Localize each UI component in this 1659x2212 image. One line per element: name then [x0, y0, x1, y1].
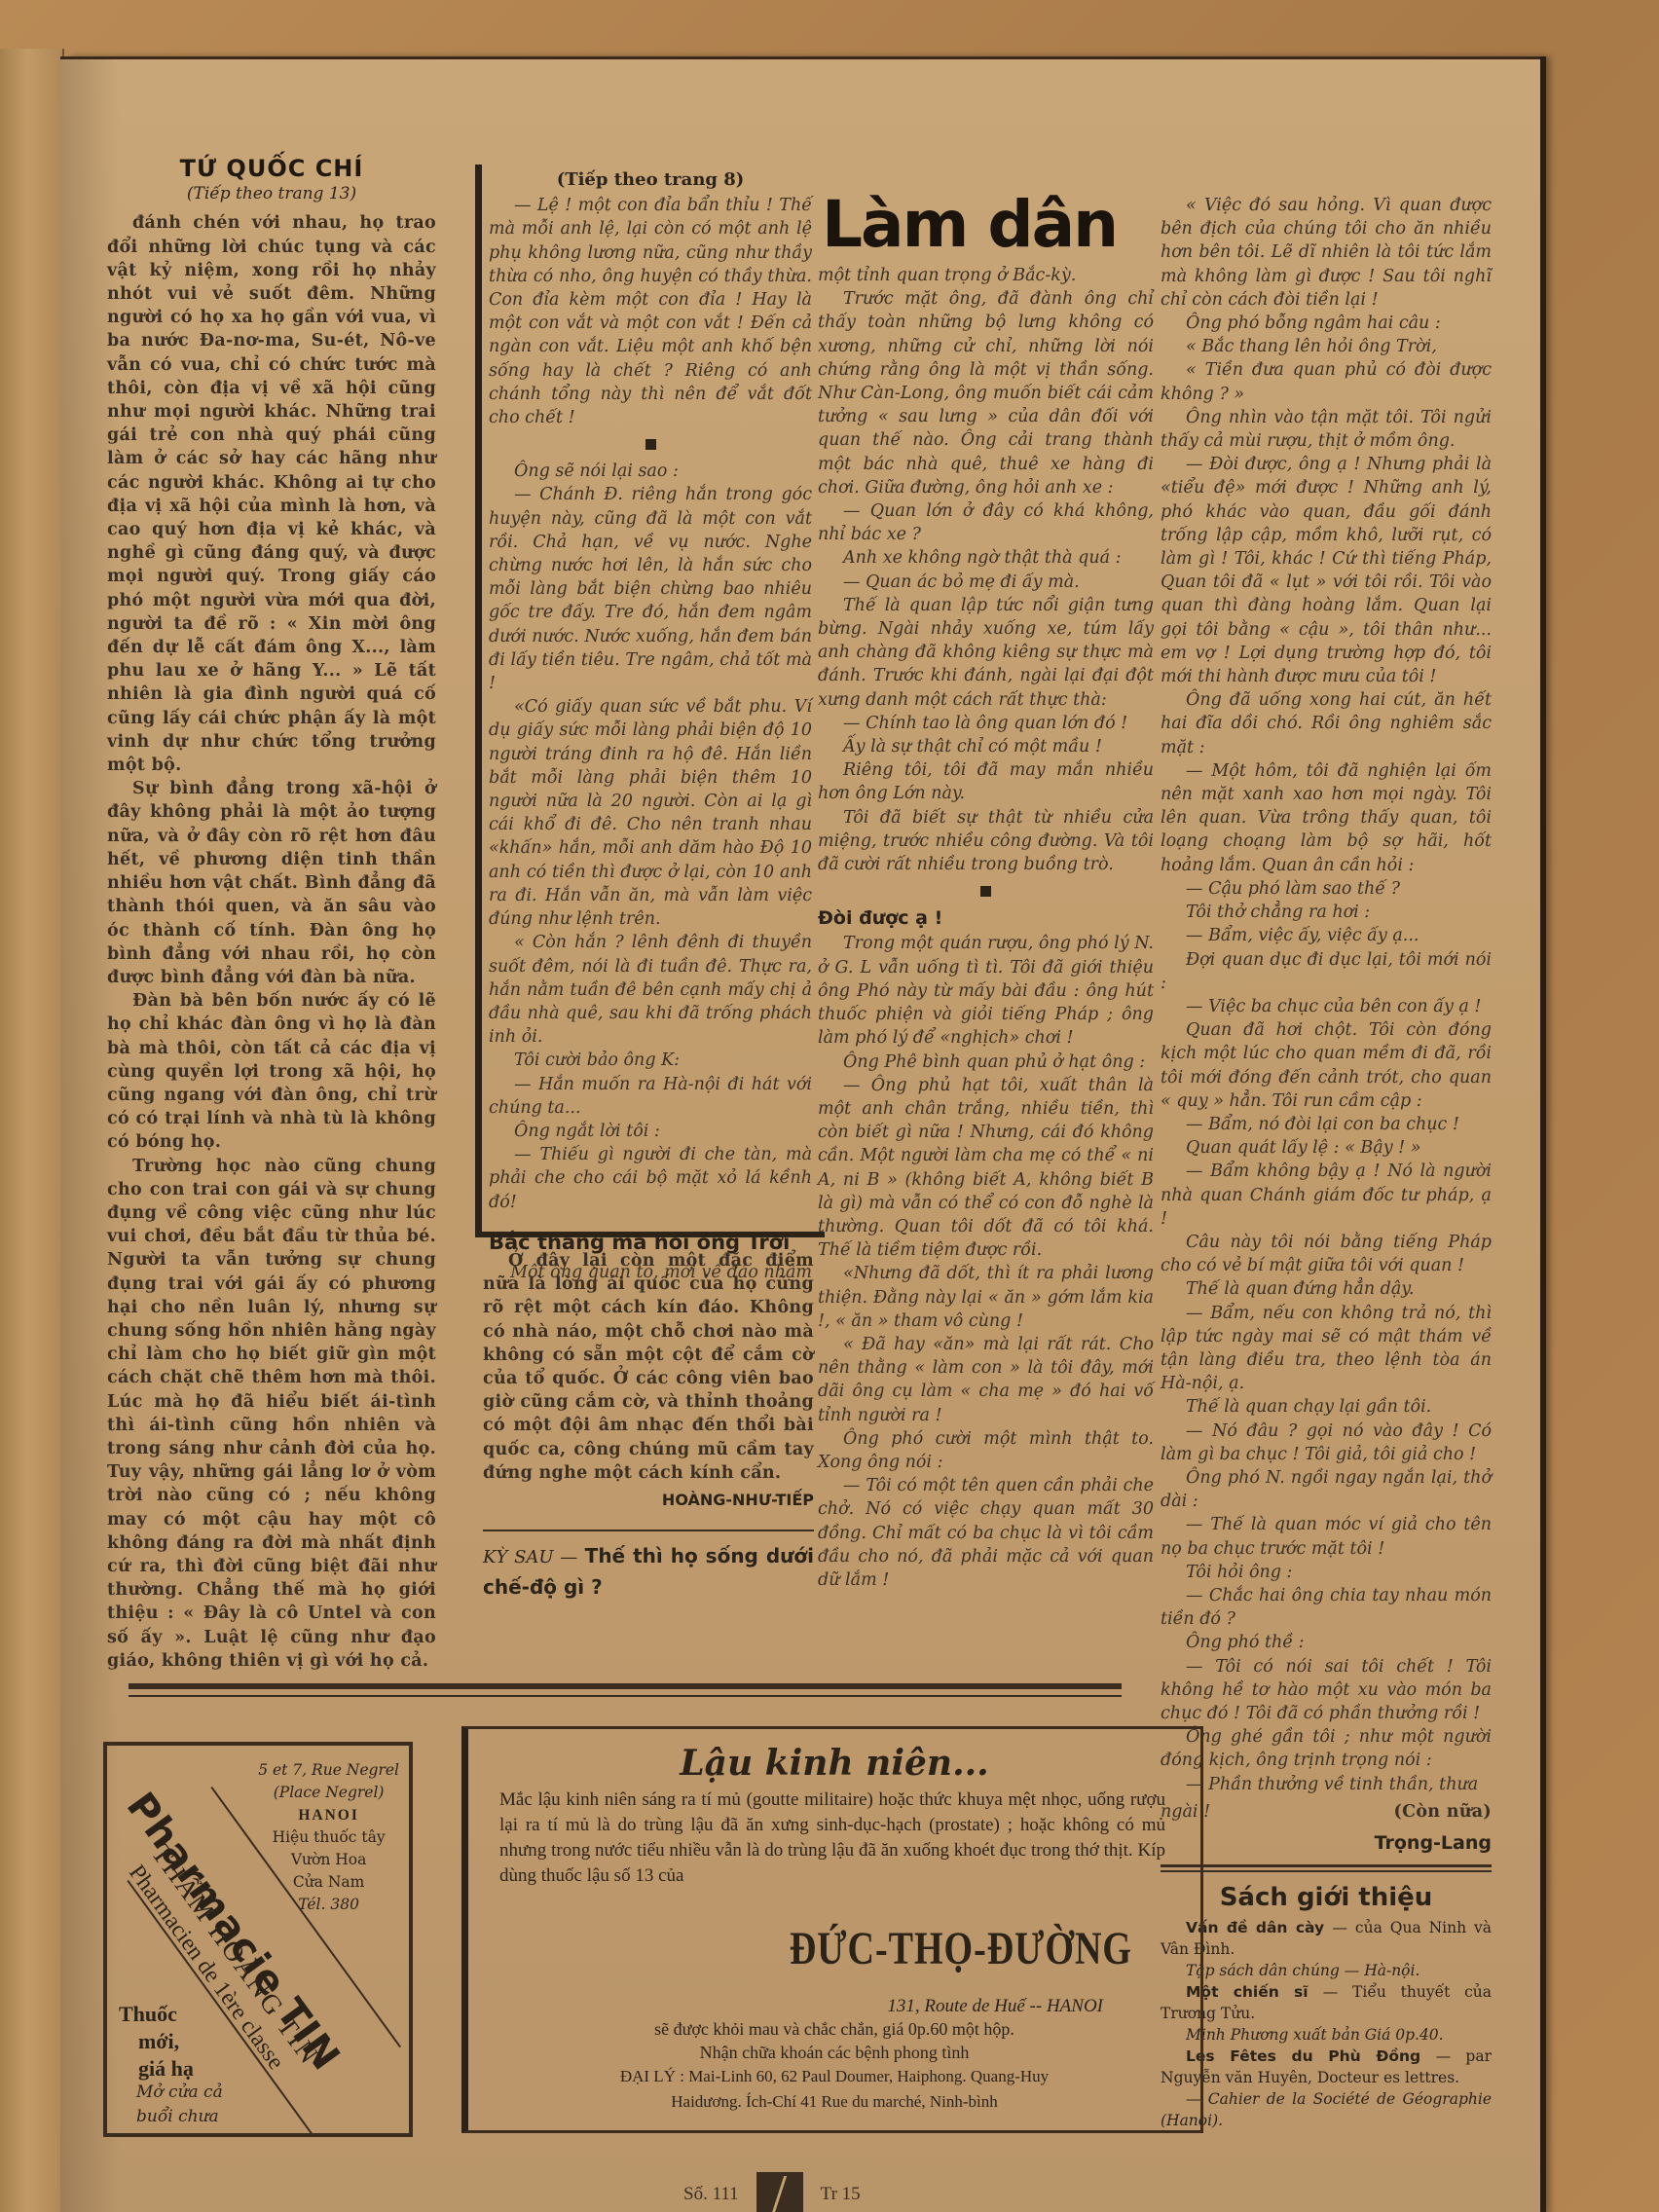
paragraph: — Lệ ! một con đỉa bẩn thỉu ! Thế mà mỗi… [489, 194, 812, 429]
book-item: Một chiến sĩ — Tiểu thuyết của Trương Tử… [1161, 1981, 1492, 2024]
paragraph: — Bẩm, việc ấy, việc ấy ạ... [1161, 924, 1492, 947]
ad-title: Lậu kinh niên... [468, 1743, 1200, 1784]
article-body: Ông sẽ nói lại sao :— Chánh Đ. riêng hắn… [489, 460, 812, 1214]
paragraph: Tôi hỏi ông : [1161, 1561, 1492, 1584]
book-item: Les Fêtes du Phù Đồng — par Nguyễn văn H… [1161, 2046, 1492, 2088]
section-rule [129, 1683, 1122, 1689]
paragraph: « Bắc thang lên hỏi ông Trời, [1161, 335, 1492, 358]
paragraph: — Bẩm không bậy ạ ! Nó là người nhà quan… [1161, 1160, 1492, 1231]
paragraph: Ông phó bỗng ngâm hai câu : [1161, 312, 1492, 335]
paragraph: Tôi đã biết sự thật từ nhiều cửa miệng, … [818, 806, 1154, 877]
paragraph: « Còn hắn ? lênh đênh đi thuyền suốt đêm… [489, 931, 812, 1049]
newspaper-monogram-icon [756, 2172, 803, 2212]
paragraph: — Chắc hai ông chia tay nhau món tiền đó… [1161, 1584, 1492, 1631]
continued-note: (Tiếp theo trang 13) [107, 182, 436, 205]
section-title: Đòi được ạ ! [818, 906, 1154, 930]
issue-number: Số. 111 [683, 2184, 739, 2205]
paragraph: Ông phó N. ngồi ngay ngắn lại, thở dài : [1161, 1466, 1492, 1513]
paragraph: «Có giấy quan sức về bắt phu. Ví dụ giấy… [489, 695, 812, 931]
page-footer: Số. 111 Tr 15 [683, 2172, 861, 2212]
paragraph: Trong một quán rượu, ông phó lý N. ở G. … [818, 932, 1154, 1050]
book-item: Vấn đề dân cày — của Qua Ninh và Vân Đìn… [1161, 1917, 1492, 1960]
paragraph: Thế là quan chạy lại gần tôi. [1161, 1395, 1492, 1419]
author-signature: HOÀNG-NHƯ-TIẾP [483, 1489, 814, 1512]
paragraph: Tôi cười bảo ông K: [489, 1049, 812, 1072]
paragraph: Ấy là sự thật chỉ có một mầu ! [818, 735, 1154, 758]
ad-price: sẽ được khỏi mau và chắc chắn, giá 0p.60… [468, 2017, 1200, 2041]
paragraph: Riêng tôi, tôi đã may mắn nhiều hơn ông … [818, 758, 1154, 805]
books-title: Sách giới thiệu [1161, 1886, 1492, 1909]
column-lam-dan-part2: Làm dân một tỉnh quan trọng ở Bắc-kỳ. Tr… [818, 186, 1154, 1592]
book-item: Minh Phương xuất bản Giá 0p.40. [1161, 2024, 1492, 2046]
paragraph: — Quan ác bỏ mẹ đi ấy mà. [818, 571, 1154, 594]
double-divider [1161, 1864, 1492, 1872]
paragraph: Ông ghé gần tôi ; như một người đóng kịc… [1161, 1725, 1492, 1772]
column-lam-dan-part3: « Việc đó sau hỏng. Vì quan được bên địc… [1161, 194, 1492, 2131]
paragraph: — Phần thưởng về tinh thần, thưa [1161, 1773, 1492, 1796]
ad-address: 131, Route de Huế -- HANOI [468, 1996, 1200, 2017]
paragraph: — Quan lớn ở đây có khá không, nhỉ bác x… [818, 499, 1154, 546]
paragraph: Trước mặt ông, đã đành ông chỉ thấy toàn… [818, 287, 1154, 499]
ad-pharmacie-tin: Pharmacie TIN THẨM HOÀNG TÍN Pharmacien … [103, 1742, 413, 2137]
continued-note: (Tiếp theo trang 8) [489, 168, 812, 192]
paragraph: Trường học nào cũng chung cho con trai c… [107, 1155, 436, 1673]
paragraph: Ông phó cười một mình thật to. Xong ông … [818, 1427, 1154, 1474]
page-number: Tr 15 [821, 2184, 861, 2205]
paragraph: Ông đã uống xong hai cút, ăn hết hai đĩa… [1161, 688, 1492, 759]
article-title: TỨ QUỐC CHÍ [107, 157, 436, 180]
column-tu-quoc-chi-part2: Ở đây lại còn một đặc điểm nữa là lòng á… [483, 1249, 814, 1602]
author-signature: Trọng-Lang [1375, 1831, 1492, 1855]
paragraph: Sự bình đẳng trong xã-hội ở đây không ph… [107, 777, 436, 989]
section-rule-thin [129, 1695, 1122, 1697]
paragraph: Ông nhìn vào tận mặt tôi. Tôi ngửi thấy … [1161, 406, 1492, 453]
paragraph: Quan đã hơi chột. Tôi còn đóng kịch một … [1161, 1018, 1492, 1113]
paragraph: — Tôi có nói sai tôi chết ! Tôi không hề… [1161, 1655, 1492, 1726]
book-left-edge [0, 49, 64, 2212]
article-body: Trong một quán rượu, ông phó lý N. ở G. … [818, 932, 1154, 1592]
paragraph: — Chính tao là ông quan lớn đó ! [818, 712, 1154, 735]
book-item: Tập sách dân chúng — Hà-nội. [1161, 1960, 1492, 1981]
paragraph: — Đòi được, ông ạ ! Nhưng phải là «tiểu … [1161, 453, 1492, 688]
paragraph: « Việc đó sau hỏng. Vì quan được bên địc… [1161, 194, 1492, 312]
article-body: đánh chén với nhau, họ trao đổi những lờ… [107, 211, 436, 1673]
paragraph: Thế là quan đứng hẳn dậy. [1161, 1277, 1492, 1301]
paragraph: Tôi thở chẳng ra hơi : [1161, 901, 1492, 924]
ad-address: 5 et 7, Rue Negrel (Place Negrel) HANOI … [258, 1759, 399, 1916]
newspaper-page: TỨ QUỐC CHÍ (Tiếp theo trang 13) đánh ch… [60, 56, 1540, 2212]
article-title: Làm dân [822, 186, 1154, 264]
divider [483, 1530, 814, 1531]
paragraph: « Đã hay «ăn» mà lại rất rát. Cho nên th… [818, 1333, 1154, 1427]
paragraph: Câu này tôi nói bằng tiếng Pháp cho có v… [1161, 1231, 1492, 1277]
book-item: — Cahier de la Société de Géographie (Ha… [1161, 2088, 1492, 2131]
paragraph: — Thiếu gì người đi che tàn, mà phải che… [489, 1143, 812, 1214]
paragraph: — Chánh Đ. riêng hắn trong góc huyện này… [489, 483, 812, 695]
paragraph: đánh chén với nhau, họ trao đổi những lờ… [107, 211, 436, 777]
paragraph: — Bẩm, nó đòi lại con ba chục ! [1161, 1113, 1492, 1136]
book-recommendations: Sách giới thiệu Vấn đề dân cày — của Qua… [1161, 1886, 1492, 2131]
section-separator-icon [980, 886, 991, 897]
next-issue-teaser: KỲ SAU — Thế thì họ sống dưới chế-độ gì … [483, 1541, 814, 1602]
paragraph: Ở đây lại còn một đặc điểm nữa là lòng á… [483, 1249, 814, 1485]
paragraph: Quan quát lấy lệ : « Bậy ! » [1161, 1136, 1492, 1160]
paragraph: Đợi quan dục đi dục lại, tôi mới nói : [1161, 948, 1492, 995]
paragraph: — Hắn muốn ra Hà-nội đi hát với chúng ta… [489, 1073, 812, 1120]
ad-body: Mắc lậu kinh niên sáng ra tí mủ (goutte … [468, 1784, 1200, 1889]
paragraph: Đàn bà bên bốn nước ấy có lẽ họ chỉ khác… [107, 989, 436, 1154]
article-body: Ở đây lại còn một đặc điểm nữa là lòng á… [483, 1249, 814, 1485]
paragraph: — Ông phủ hạt tôi, xuất thân là một anh … [818, 1074, 1154, 1263]
paragraph: — Thế là quan móc ví giả cho tên nọ ba c… [1161, 1513, 1492, 1560]
paragraph: Thế là quan lập tức nổi giận tưng bừng. … [818, 594, 1154, 712]
ad-hours: Mở cửa cả buổi chưa [136, 2081, 223, 2129]
paragraph: Anh xe không ngờ thật thà quá : [818, 546, 1154, 570]
ad-slogan: Thuốc mới, giá hạ [119, 2001, 194, 2083]
article-body: — Lệ ! một con đỉa bẩn thỉu ! Thế mà mỗi… [489, 194, 812, 429]
paragraph: Ông ngắt lời tôi : [489, 1120, 812, 1143]
lead-line: một tỉnh quan trọng ở Bắc-kỳ. [818, 264, 1154, 287]
paragraph: — Việc ba chục của bên con ấy ạ ! [1161, 995, 1492, 1018]
article-body: Trước mặt ông, đã đành ông chỉ thấy toàn… [818, 287, 1154, 876]
paragraph: Ông Phê bình quan phủ ở hạt ông : [818, 1051, 1154, 1074]
paragraph: — Tôi có một tên quen cần phải che chở. … [818, 1474, 1154, 1592]
paragraph: — Bẩm, nếu con không trả nó, thì lập tức… [1161, 1302, 1492, 1396]
paragraph: « Tiền đưa quan phủ có đòi được không ? … [1161, 358, 1492, 405]
section-separator-icon [645, 439, 656, 450]
paragraph: — Nó đâu ? gọi nó vào đây ! Có làm gì ba… [1161, 1419, 1492, 1466]
paragraph: «Nhưng đã dốt, thì ít ra phải lương thiệ… [818, 1262, 1154, 1333]
ad-duc-tho-duong: Lậu kinh niên... Mắc lậu kinh niên sáng … [461, 1726, 1203, 2133]
paragraph: — Một hôm, tôi đã nghiện lại ốm nên mặt … [1161, 759, 1492, 877]
paragraph: Ông phó thề : [1161, 1631, 1492, 1654]
paragraph: — Cậu phó làm sao thế ? [1161, 877, 1492, 901]
article-signoff: ngài ! (Còn nữa) [1161, 1800, 1492, 1824]
paragraph: Ông sẽ nói lại sao : [489, 460, 812, 483]
ad-service: Nhận chữa khoán các bệnh phong tình [468, 2041, 1200, 2064]
ad-brand: ĐỨC-THỌ-ĐƯỜNG [468, 1923, 1200, 1976]
column-tu-quoc-chi: TỨ QUỐC CHÍ (Tiếp theo trang 13) đánh ch… [107, 157, 436, 1673]
column-lam-dan-part1: (Tiếp theo trang 8) — Lệ ! một con đỉa b… [489, 168, 812, 1284]
article-body: « Việc đó sau hỏng. Vì quan được bên địc… [1161, 194, 1492, 1796]
ad-agents: ĐẠI LÝ : Mai-Linh 60, 62 Paul Doumer, Ha… [468, 2064, 1200, 2115]
